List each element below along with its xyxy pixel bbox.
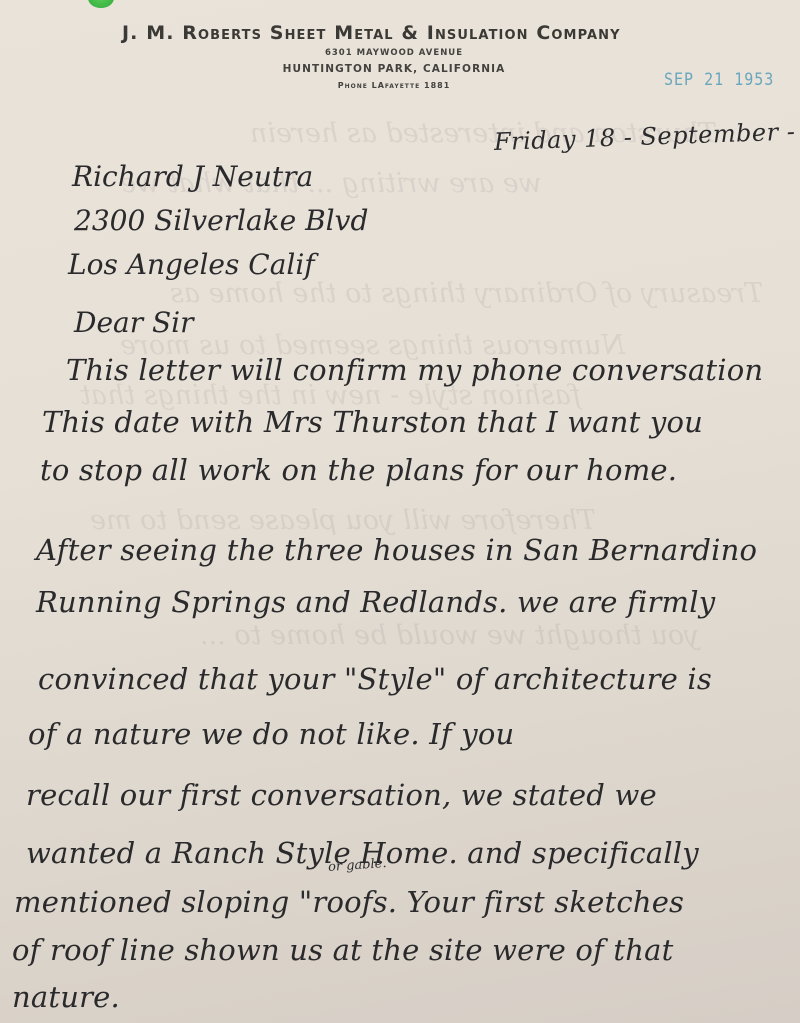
show-through-text: Treasury of Ordinary things to the home … (170, 278, 763, 309)
letter-line: Running Springs and Redlands. we are fir… (36, 585, 715, 619)
letter-line: of roof line shown us at the site were o… (12, 933, 673, 967)
letter-line: convinced that your "Style" of architect… (38, 662, 712, 696)
recipient-name: Richard J Neutra (72, 160, 313, 193)
handwritten-insertion: or gable. (328, 856, 387, 875)
received-date-stamp: SEP 21 1953 (664, 69, 774, 90)
letter-line: After seeing the three houses in San Ber… (36, 533, 757, 567)
letter-line: to stop all work on the plans for our ho… (40, 453, 677, 487)
letter-page: Thurston and interested as herein we are… (0, 0, 800, 1023)
letter-line: recall our first conversation, we stated… (26, 778, 657, 812)
letter-line: This letter will confirm my phone conver… (66, 353, 763, 387)
show-through-text: you thought we would be home to ... (200, 620, 700, 651)
company-street: 6301 MAYWOOD AVENUE (0, 48, 794, 58)
letter-line: of a nature we do not like. If you (28, 717, 514, 751)
letter-line: This date with Mrs Thurston that I want … (42, 405, 703, 439)
letter-line: nature. (12, 980, 120, 1014)
letter-date: Friday 18 - September - 195 (494, 116, 800, 156)
recipient-street: 2300 Silverlake Blvd (74, 204, 368, 237)
show-through-text: Therefore will you please send to me (90, 505, 596, 536)
company-name: J. M. Roberts Sheet Metal & Insulation C… (122, 22, 621, 44)
letter-line: mentioned sloping "roofs. Your first ske… (14, 885, 684, 919)
salutation: Dear Sir (74, 306, 194, 339)
green-tab-marker (88, 0, 114, 8)
recipient-city: Los Angeles Calif (68, 248, 315, 281)
